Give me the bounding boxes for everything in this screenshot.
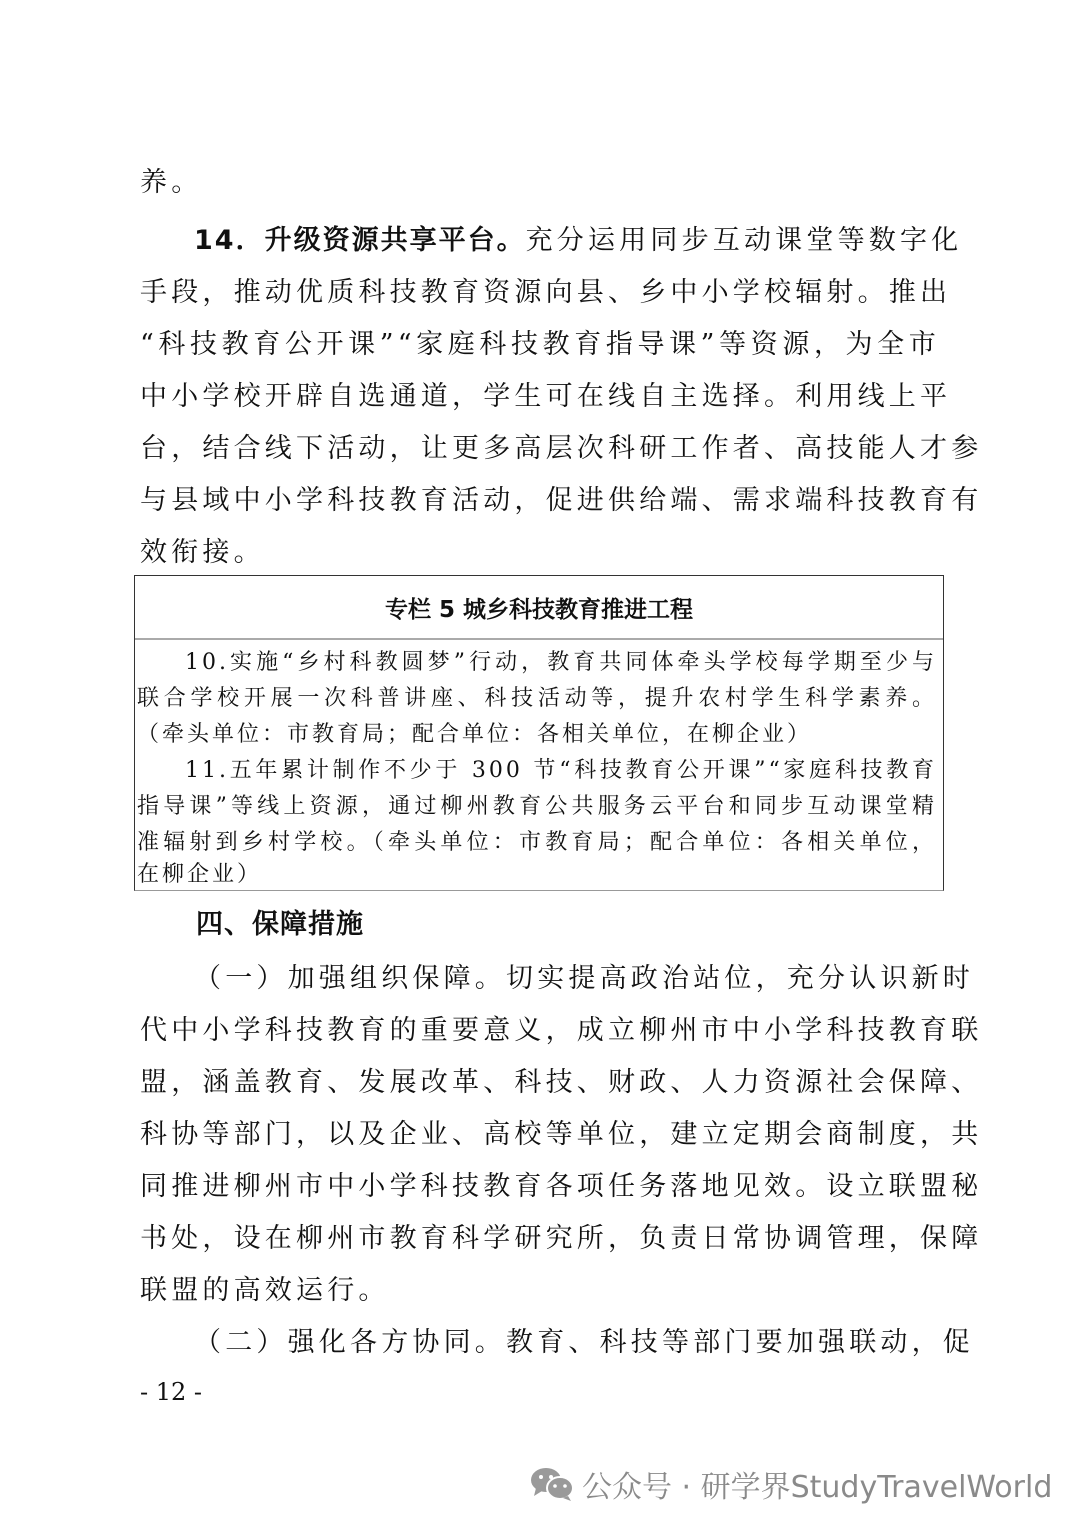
section-para-line: 书处，设在柳州市教育科学研究所，负责日常协调管理，保障 — [140, 1222, 940, 1256]
box-line: 准辐射到乡村学校。（牵头单位：市教育局；配合单位：各相关单位， — [137, 828, 937, 858]
section-para-line: （一）加强组织保障。切实提高政治站位，充分认识新时 — [140, 962, 940, 996]
item-14-text: 充分运用同步互动课堂等数字化 — [526, 225, 963, 256]
item-14-line: “科技教育公开课”“家庭科技教育指导课”等资源，为全市 — [140, 328, 940, 362]
item-14-line: 中小学校开辟自选通道，学生可在线自主选择。利用线上平 — [140, 380, 940, 414]
box-line: 指导课”等线上资源，通过柳州教育公共服务云平台和同步互动课堂精 — [137, 792, 937, 822]
item-14-line: 与县域中小学科技教育活动，促进供给端、需求端科技教育有 — [140, 484, 940, 518]
section-para-line: 科协等部门，以及企业、高校等单位，建立定期会商制度，共 — [140, 1118, 940, 1152]
section-para-line: 联盟的高效运行。 — [140, 1274, 940, 1308]
wechat-icon — [530, 1466, 574, 1502]
box-line: 11.五年累计制作不少于 300 节“科技教育公开课”“家庭科技教育 — [137, 756, 937, 786]
box-line: 联合学校开展一次科普讲座、科技活动等，提升农村学生科学素养。 — [137, 684, 937, 714]
column-box-title: 专栏 5 城乡科技教育推进工程 — [135, 576, 943, 640]
item-14-line: 效衔接。 — [140, 536, 940, 570]
item-14-title: 14．升级资源共享平台。 — [194, 225, 526, 256]
box-line: 在柳企业） — [137, 860, 937, 890]
column-box: 专栏 5 城乡科技教育推进工程 10.实施“乡村科教圆梦”行动，教育共同体牵头学… — [134, 575, 944, 891]
box-line: （牵头单位：市教育局；配合单位：各相关单位，在柳企业） — [137, 720, 937, 750]
item-14-first-line: 14．升级资源共享平台。充分运用同步互动课堂等数字化 — [140, 224, 940, 258]
watermark-text: 公众号 · 研学界StudyTravelWorld — [582, 1462, 1052, 1506]
section-para-line: （二）强化各方协同。教育、科技等部门要加强联动，促 — [140, 1326, 940, 1360]
section-heading: 四、保障措施 — [196, 908, 364, 942]
watermark: 公众号 · 研学界StudyTravelWorld — [530, 1462, 1052, 1506]
page-number: - 12 - — [140, 1378, 202, 1406]
box-line: 10.实施“乡村科教圆梦”行动，教育共同体牵头学校每学期至少与 — [137, 648, 937, 678]
paragraph-fragment: 养。 — [140, 166, 940, 200]
section-para-line: 同推进柳州市中小学科技教育各项任务落地见效。设立联盟秘 — [140, 1170, 940, 1204]
item-14-line: 台，结合线下活动，让更多高层次科研工作者、高技能人才参 — [140, 432, 940, 466]
section-para-line: 盟，涵盖教育、发展改革、科技、财政、人力资源社会保障、 — [140, 1066, 940, 1100]
section-para-line: 代中小学科技教育的重要意义，成立柳州市中小学科技教育联 — [140, 1014, 940, 1048]
item-14-line: 手段，推动优质科技教育资源向县、乡中小学校辐射。推出 — [140, 276, 940, 310]
